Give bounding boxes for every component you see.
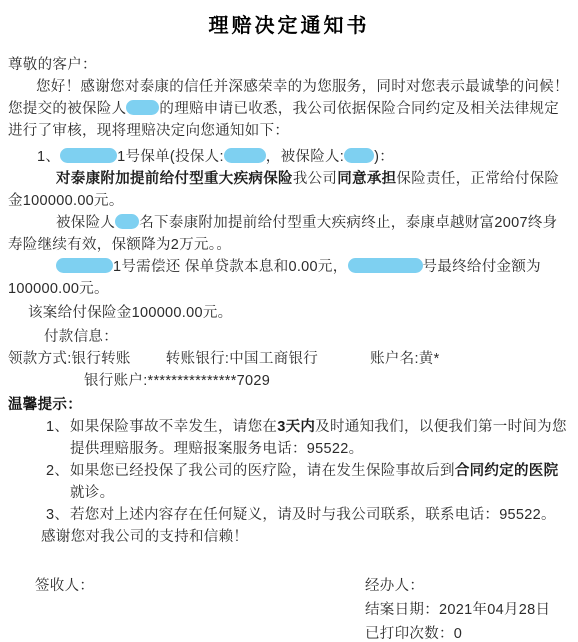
payment-info-label: 付款信息： <box>8 326 570 348</box>
handler-block: 经办人： 结案日期：2021年04月28日 已打印次数：0 <box>365 574 570 642</box>
payment-method: 领款方式:银行转账 <box>8 351 131 367</box>
policy-line: 1、1号保单(投保人:，被保险人:)： <box>8 146 570 168</box>
handler-label: 经办人： <box>365 574 570 598</box>
termination-paragraph: 被保险人名下泰康附加提前给付型重大疾病终止，泰康卓越财富2007终身寿险继续有效… <box>8 212 570 256</box>
tip-number: 3、 <box>46 504 69 526</box>
decision-verdict: 同意承担 <box>337 171 396 187</box>
bank-account-number: 银行账户:***************7029 <box>84 373 270 389</box>
sign-block: 签收人： <box>35 574 94 598</box>
redacted-applicant-name <box>224 148 266 163</box>
signee-label: 签收人： <box>35 574 94 598</box>
tip-text-pre: 若您对上述内容存在任何疑义，请及时与我公司联系，联系电话：95522。 <box>70 507 556 523</box>
account-name: 账户名:黄* <box>370 351 439 367</box>
payment-details-row: 领款方式:银行转账转账银行:中国工商银行账户名:黄*银行账户:*********… <box>8 348 513 392</box>
tip-item-1: 1、如果保险事故不幸发生，请您在3天内及时通知我们，以便我们第一时间为您提供理赔… <box>8 416 570 460</box>
tip-text-bold: 3天内 <box>277 419 315 435</box>
decision-product-name: 对泰康附加提前给付型重大疾病保险 <box>56 171 293 187</box>
decision-paragraph: 对泰康附加提前给付型重大疾病保险我公司同意承担保险责任，正常给付保险金10000… <box>8 168 570 212</box>
tip-number: 1、 <box>46 416 69 438</box>
redacted-policy-number <box>56 258 113 273</box>
redacted-insured-name <box>344 148 374 163</box>
document-footer: 签收人： 经办人： 结案日期：2021年04月28日 已打印次数：0 <box>8 574 570 642</box>
policy-text-2: ，被保险人: <box>266 149 344 165</box>
policy-text-3: )： <box>374 149 394 165</box>
transfer-bank: 转账银行:中国工商银行 <box>166 351 318 367</box>
policy-text-1: 1号保单(投保人: <box>117 149 224 165</box>
redacted-insured-name <box>115 214 139 229</box>
termination-text-pre: 被保险人 <box>56 215 115 231</box>
repayment-text-1: 1号需偿还 保单贷款本息和0.00元， <box>113 259 348 275</box>
tip-item-2: 2、如果您已经投保了我公司的医疗险，请在发生保险事故后到合同约定的医院就诊。 <box>8 460 570 504</box>
close-date: 结案日期：2021年04月28日 <box>365 598 570 622</box>
decision-text-mid: 我公司 <box>293 171 337 187</box>
tip-text-bold: 合同约定的医院 <box>455 463 559 479</box>
intro-paragraph: 您好！感谢您对泰康的信任并深感荣幸的为您服务，同时对您表示最诚挚的问候！您提交的… <box>8 76 570 142</box>
redacted-policy-number <box>348 258 423 273</box>
case-total-line: 该案给付保险金100000.00元。 <box>8 302 570 324</box>
tip-text-post: 就诊。 <box>70 485 114 501</box>
repayment-paragraph: 1号需偿还 保单贷款本息和0.00元，号最终给付金额为100000.00元。 <box>8 256 570 300</box>
claim-decision-notice-document: 理赔决定通知书 尊敬的客户： 您好！感谢您对泰康的信任并深感荣幸的为您服务，同时… <box>0 0 578 642</box>
salutation: 尊敬的客户： <box>8 54 570 76</box>
tip-item-3: 3、若您对上述内容存在任何疑义，请及时与我公司联系，联系电话：95522。 <box>8 504 570 526</box>
print-count: 已打印次数：0 <box>365 622 570 642</box>
document-title: 理赔决定通知书 <box>8 12 570 40</box>
tip-text-pre: 如果您已经投保了我公司的医疗险，请在发生保险事故后到 <box>70 463 455 479</box>
tip-text-pre: 如果保险事故不幸发生，请您在 <box>70 419 277 435</box>
tips-header: 温馨提示： <box>8 394 570 416</box>
list-number: 1、 <box>37 149 60 165</box>
tip-number: 2、 <box>46 460 69 482</box>
closing-line: 感谢您对我公司的支持和信赖！ <box>8 526 570 548</box>
redacted-insured-name <box>126 100 159 115</box>
redacted-policy-number <box>60 148 117 163</box>
